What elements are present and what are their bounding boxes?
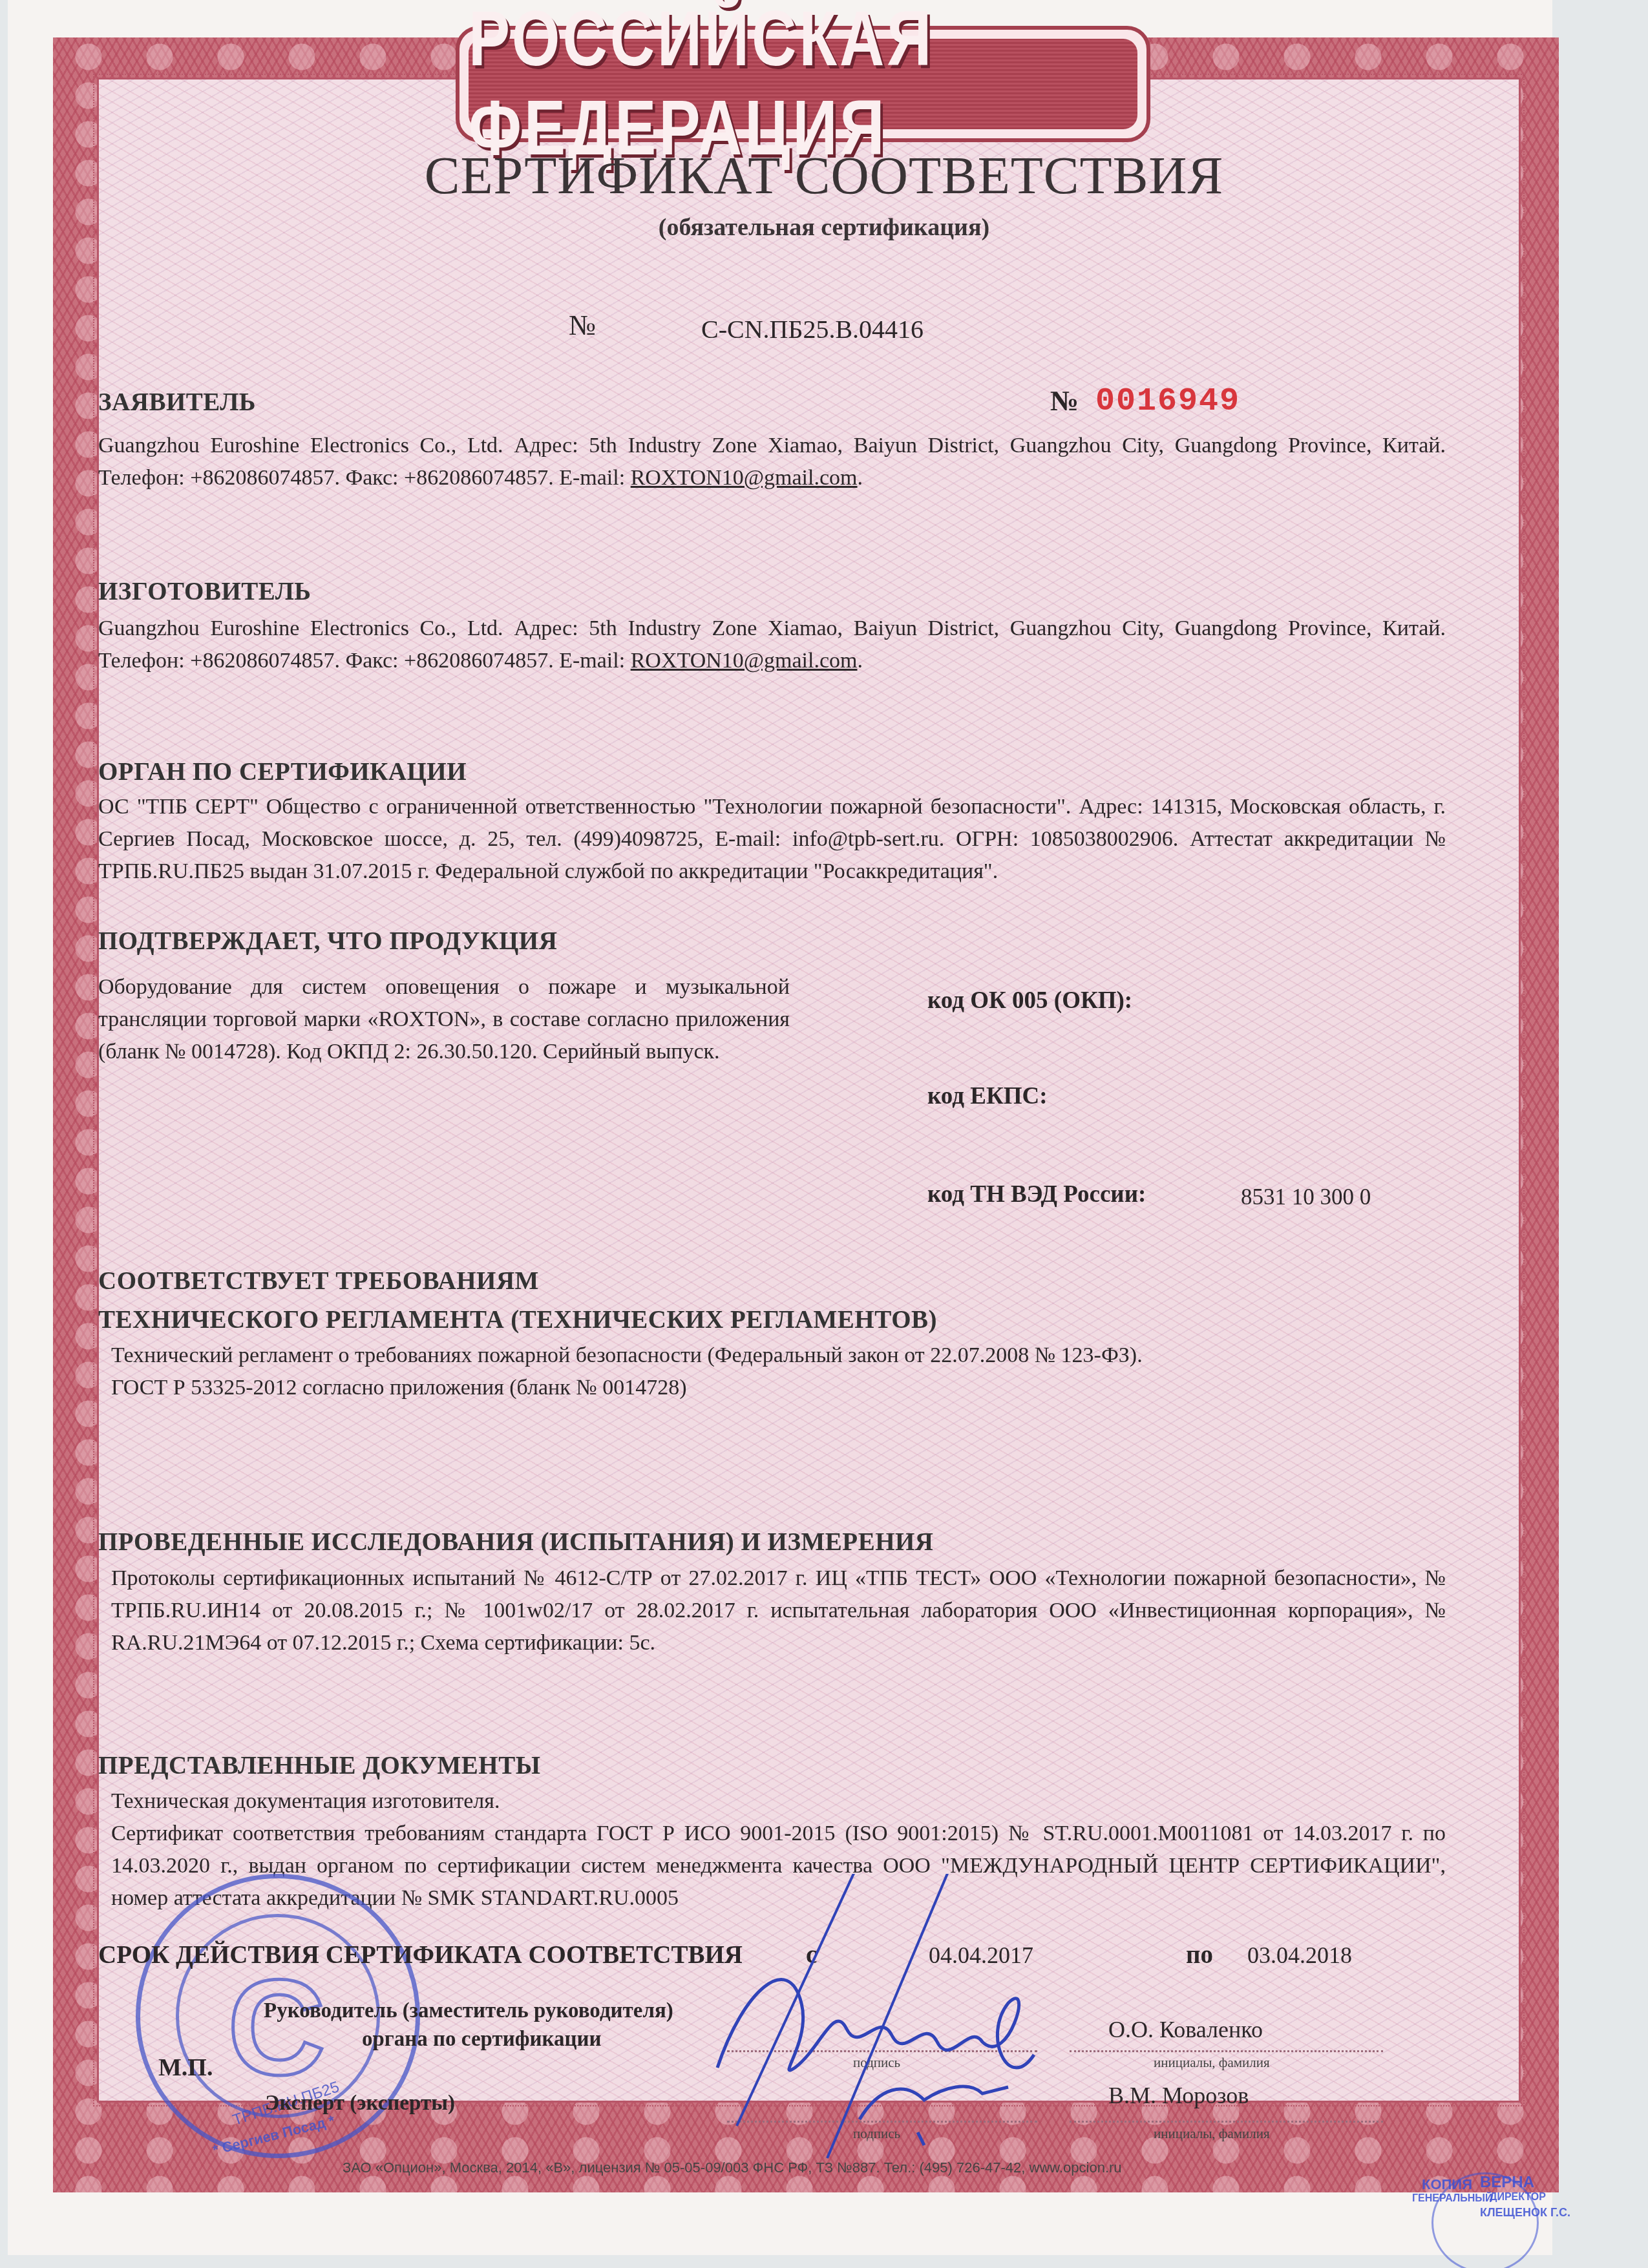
expert-name-caption: инициалы, фамилия xyxy=(1154,2126,1270,2142)
tests-heading: ПРОВЕДЕННЫЕ ИССЛЕДОВАНИЯ (ИСПЫТАНИЯ) И И… xyxy=(98,1528,934,1557)
head-signatory-label: Руководитель (заместитель руководителя) xyxy=(264,1999,673,2023)
certificate-number-label: № xyxy=(569,309,596,342)
certification-body-details: ОС "ТПБ СЕРТ" Общество с ограниченной от… xyxy=(98,791,1446,888)
expert-label: Эксперт (эксперты) xyxy=(265,2092,455,2116)
head-signatory-name: О.О. Коваленко xyxy=(1108,2016,1263,2043)
validity-to-label: по xyxy=(1186,1940,1213,1969)
tests-details: Протоколы сертификационных испытаний № 4… xyxy=(111,1562,1446,1659)
validity-from-label: с xyxy=(806,1940,817,1969)
documents-heading: ПРЕДСТАВЛЕННЫЕ ДОКУМЕНТЫ xyxy=(98,1751,540,1780)
stamp-place-label: М.П. xyxy=(158,2053,213,2082)
applicant-heading: ЗАЯВИТЕЛЬ xyxy=(98,388,256,417)
validity-label: СРОК ДЕЙСТВИЯ СЕРТИФИКАТА СООТВЕТСТВИЯ xyxy=(98,1940,743,1969)
applicant-details: Guangzhou Euroshine Electronics Co., Ltd… xyxy=(98,430,1446,494)
documents-line-1: Техническая документация изготовителя. xyxy=(111,1785,1446,1818)
product-description: Оборудование для систем оповещения о пож… xyxy=(98,971,790,1068)
tnved-code-value: 8531 10 300 0 xyxy=(1241,1184,1371,1210)
printer-info: ЗАО «Опцион», Москва, 2014, «В», лицензи… xyxy=(343,2159,1122,2176)
applicant-email-link[interactable]: ROXTON10@gmail.com xyxy=(631,466,858,490)
requirement-line-1: Технический регламент о требованиях пожа… xyxy=(111,1339,1446,1372)
head-signature-caption: подпись xyxy=(853,2055,900,2071)
expert-signature-line xyxy=(727,2121,1037,2123)
validity-from-date: 04.04.2017 xyxy=(929,1942,1033,1969)
requirements-heading-1: СООТВЕТСТВУЕТ ТРЕБОВАНИЯМ xyxy=(98,1266,539,1296)
seal-c-mark-icon: C xyxy=(227,1949,326,2106)
head-name-caption: инициалы, фамилия xyxy=(1154,2055,1270,2071)
blank-number-label: № xyxy=(1050,384,1079,417)
head-signatory-label-2: органа по сертификации xyxy=(362,2028,602,2052)
head-signature-line xyxy=(727,2050,1037,2052)
manufacturer-email-link[interactable]: ROXTON10@gmail.com xyxy=(631,649,858,673)
tnved-code-label: код ТН ВЭД России: xyxy=(927,1181,1146,1208)
product-heading: ПОДТВЕРЖДАЕТ, ЧТО ПРОДУКЦИЯ xyxy=(98,927,557,956)
document-subtitle: (обязательная сертификация) xyxy=(0,213,1648,242)
expert-name-line xyxy=(1070,2121,1383,2123)
ekps-code-label: код ЕКПС: xyxy=(927,1082,1048,1110)
manufacturer-details: Guangzhou Euroshine Electronics Co., Ltd… xyxy=(98,613,1446,677)
manufacturer-heading: ИЗГОТОВИТЕЛЬ xyxy=(98,577,312,606)
blank-number: 0016949 xyxy=(1095,383,1240,420)
seal-city: * Сергиев Посад * xyxy=(211,2112,337,2159)
certificate-number: C-CN.ПБ25.B.04416 xyxy=(701,314,924,344)
country-banner: РОССИЙСКАЯ ФЕДЕРАЦИЯ xyxy=(456,26,1150,142)
requirements-heading-2: ТЕХНИЧЕСКОГО РЕГЛАМЕНТА (ТЕХНИЧЕСКИХ РЕГ… xyxy=(98,1305,937,1334)
head-name-line xyxy=(1070,2050,1383,2052)
requirement-line-2: ГОСТ Р 53325-2012 согласно приложения (б… xyxy=(111,1372,1446,1404)
expert-name: В.М. Морозов xyxy=(1108,2082,1249,2109)
document-title: СЕРТИФИКАТ СООТВЕТСТВИЯ xyxy=(0,145,1648,206)
certification-body-heading: ОРГАН ПО СЕРТИФИКАЦИИ xyxy=(98,757,467,786)
okp-code-label: код ОК 005 (ОКП): xyxy=(927,987,1132,1014)
validity-to-date: 03.04.2018 xyxy=(1247,1942,1352,1969)
expert-signature-caption: подпись xyxy=(853,2126,900,2142)
